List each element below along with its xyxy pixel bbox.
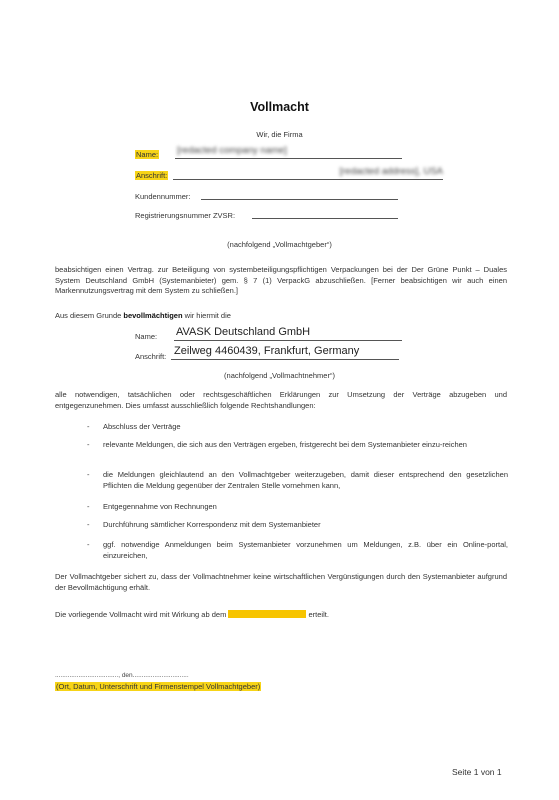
grantor-name-field[interactable]: [redacted company name] [175,146,402,159]
effective-suffix: erteilt. [306,610,329,619]
bullet-marker: - [87,540,90,549]
customer-number-label: Kundennummer: [135,192,190,201]
grantor-address-field[interactable]: [redacted address], USA [173,167,443,180]
bullet-marker: - [87,440,90,449]
signature-caption: (Ort, Datum, Unterschrift und Firmenstem… [55,682,261,691]
authorize-sentence: Aus diesem Grunde bevollmächtigen wir hi… [55,311,507,322]
grantor-name-value: [redacted company name] [177,145,287,156]
grantor-name-label: Name: [135,150,159,159]
bullet-marker: - [87,422,90,431]
effective-date-field[interactable] [228,610,306,618]
zvsr-label: Registrierungsnummer ZVSR: [135,211,235,220]
zvsr-field[interactable] [252,209,398,219]
page-indicator: Seite 1 von 1 [452,767,502,777]
agent-name-value: AVASK Deutschland GmbH [176,326,310,338]
agent-address-field[interactable]: Zeilweg 4460439, Frankfurt, Germany [171,345,399,360]
bullet-item: relevante Meldungen, die sich aus den Ve… [103,440,508,451]
bullet-item: Entgegennahme von Rechnungen [103,502,508,513]
paragraph-scope: alle notwendigen, tatsächlichen oder rec… [55,390,507,411]
customer-number-field[interactable] [201,190,398,200]
paragraph-assurance: Der Vollmachtgeber sichert zu, dass der … [55,572,507,593]
authorize-prefix: Aus diesem Grunde [55,311,123,320]
agent-address-value: Zeilweg 4460439, Frankfurt, Germany [174,345,359,357]
authorize-suffix: wir hiermit die [183,311,231,320]
bullet-marker: - [87,520,90,529]
authorize-bold: bevollmächtigen [123,311,182,320]
paragraph-intent: beabsichtigen einen Vertrag. zur Beteili… [55,265,507,297]
bullet-item: Abschluss der Verträge [103,422,508,433]
intro-text: Wir, die Firma [0,130,559,139]
effective-sentence: Die vorliegende Vollmacht wird mit Wirku… [55,610,507,621]
effective-prefix: Die vorliegende Vollmacht wird mit Wirku… [55,610,228,619]
bullet-marker: - [87,502,90,511]
bullet-item: Durchführung sämtlicher Korrespondenz mi… [103,520,508,531]
grantor-address-label: Anschrift: [135,171,168,180]
agent-designation: (nachfolgend „Vollmachtnehmer“) [0,371,559,380]
agent-address-label: Anschrift: [135,352,166,361]
document-title: Vollmacht [0,100,559,114]
bullet-item: die Meldungen gleichlautend an den Vollm… [103,470,508,491]
agent-name-field[interactable]: AVASK Deutschland GmbH [174,326,402,341]
agent-name-label: Name: [135,332,157,341]
grantor-address-value: [redacted address], USA [175,166,443,177]
signature-line[interactable]: ..................................., den… [55,672,189,679]
bullet-item: ggf. notwendige Anmeldungen beim Systema… [103,540,508,561]
bullet-marker: - [87,470,90,479]
grantor-designation: (nachfolgend „Vollmachtgeber“) [0,240,559,249]
signature-caption-wrap: (Ort, Datum, Unterschrift und Firmenstem… [55,682,261,691]
